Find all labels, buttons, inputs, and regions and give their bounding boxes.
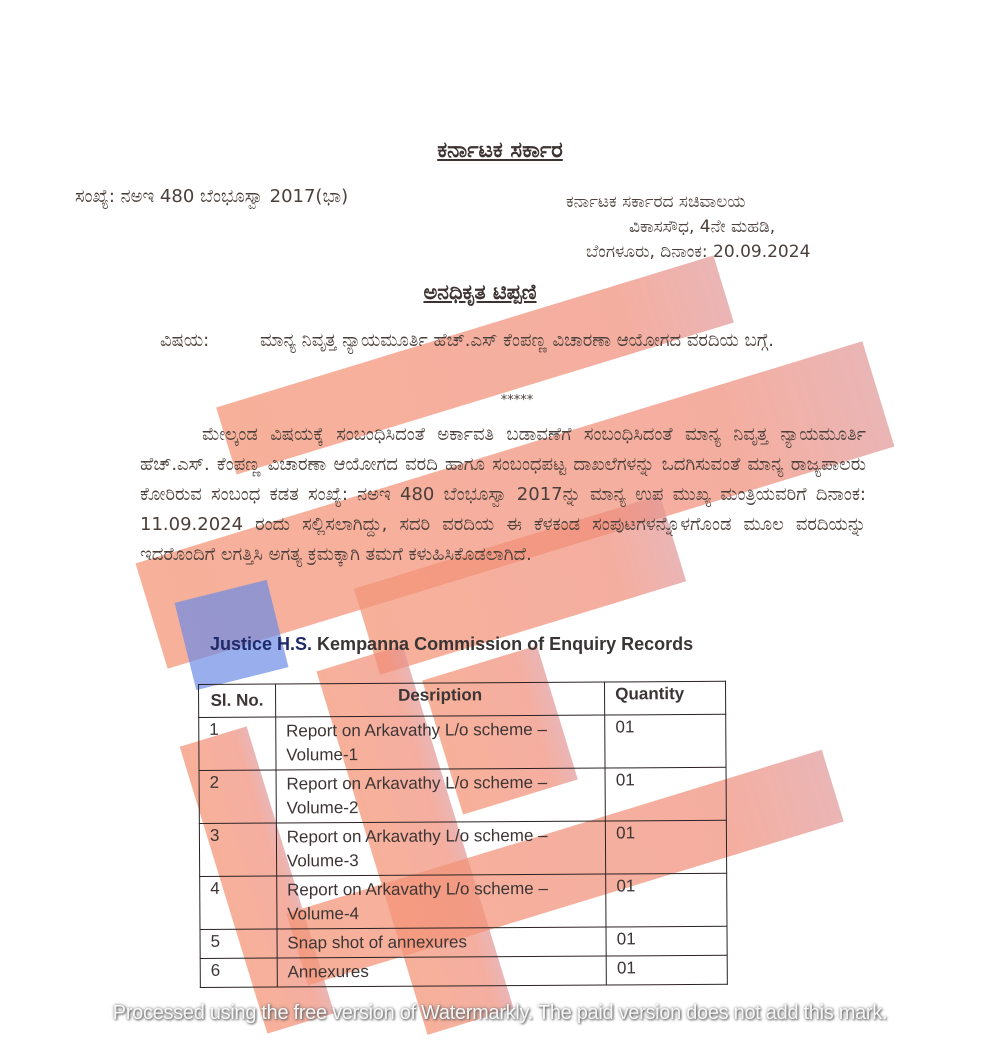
table-row: 3Report on Arkavathy L/o scheme – Volume…: [199, 820, 726, 876]
separator: *****: [0, 393, 1000, 408]
row-sl-no: 6: [200, 958, 277, 987]
row-quantity: 01: [606, 820, 727, 874]
table-row: 1Report on Arkavathy L/o scheme – Volume…: [199, 714, 726, 770]
table-row: 5Snap shot of annexures01: [200, 926, 727, 958]
address-line: ವಿಕಾಸಸೌಧ, 4ನೇ ಮಹಡಿ,: [566, 215, 810, 240]
row-quantity: 01: [606, 926, 727, 956]
address-line-date: ಬೆಂಗಳೂರು, ದಿನಾಂಕ: 20.09.2024: [566, 240, 810, 265]
row-sl-no: 1: [199, 717, 276, 770]
table-row: 6Annexures01: [200, 955, 727, 987]
records-title-rest: Kempanna Commission of Enquiry Records: [312, 634, 693, 654]
sender-address: ಕರ್ನಾಟಕ ಸರ್ಕಾರದ ಸಚಿವಾಲಯ ವಿಕಾಸಸೌಧ, 4ನೇ ಮಹ…: [566, 190, 810, 265]
row-sl-no: 4: [200, 876, 277, 929]
row-description: Annexures: [277, 956, 607, 987]
row-description: Report on Arkavathy L/o scheme – Volume-…: [276, 768, 606, 823]
row-quantity: 01: [606, 873, 727, 927]
subject-text: ಮಾನ್ಯ ನಿವೃತ್ತ ನ್ಯಾಯಮೂರ್ತಿ ಹೆಚ್.ಎಸ್ ಕೆಂಪಣ…: [260, 326, 880, 356]
address-line: ಕರ್ನಾಟಕ ಸರ್ಕಾರದ ಸಚಿವಾಲಯ: [566, 190, 810, 215]
watermark-text: Processed using the free version of Wate…: [0, 1002, 1000, 1025]
records-title: Justice H.S. Kempanna Commission of Enqu…: [210, 634, 693, 655]
column-header-sl-no: Sl. No.: [199, 684, 276, 717]
table-row: 4Report on Arkavathy L/o scheme – Volume…: [200, 873, 727, 929]
row-sl-no: 5: [200, 929, 277, 958]
row-description: Report on Arkavathy L/o scheme – Volume-…: [276, 715, 606, 770]
column-header-quantity: Quantity: [605, 681, 726, 715]
row-description: Report on Arkavathy L/o scheme – Volume-…: [276, 874, 606, 929]
row-sl-no: 2: [199, 770, 276, 823]
column-header-description: Desription: [275, 682, 605, 717]
table-row: 2Report on Arkavathy L/o scheme – Volume…: [199, 767, 726, 823]
row-sl-no: 3: [199, 823, 276, 876]
row-quantity: 01: [605, 767, 726, 821]
row-description: Snap shot of annexures: [277, 927, 607, 958]
row-description: Report on Arkavathy L/o scheme – Volume-…: [276, 821, 606, 876]
reference-number: ಸಂಖ್ಯೆ: ನಅಇ 480 ಬೆಂಭೂಸ್ವಾ 2017(ಭಾ): [75, 186, 348, 207]
note-title: ಅನಧಿಕೃತ ಟಿಪ್ಪಣಿ: [0, 280, 960, 305]
subject-block: ವಿಷಯ: ಮಾನ್ಯ ನಿವೃತ್ತ ನ್ಯಾಯಮೂರ್ತಿ ಹೆಚ್.ಎಸ್…: [160, 326, 880, 356]
row-quantity: 01: [606, 955, 727, 985]
table-header-row: Sl. No. Desription Quantity: [199, 681, 726, 717]
records-title-accent: Justice H.S.: [210, 634, 312, 654]
records-table: Sl. No. Desription Quantity 1Report on A…: [198, 681, 728, 988]
government-title: ಕರ್ನಾಟಕ ಸರ್ಕಾರ: [0, 138, 1000, 163]
row-quantity: 01: [605, 714, 726, 768]
body-paragraph: ಮೇಲ್ಕಂಡ ವಿಷಯಕ್ಕೆ ಸಂಬಂಧಿಸಿದಂತೆ ಅರ್ಕಾವತಿ ಬ…: [140, 420, 866, 570]
subject-label: ವಿಷಯ:: [160, 326, 260, 356]
